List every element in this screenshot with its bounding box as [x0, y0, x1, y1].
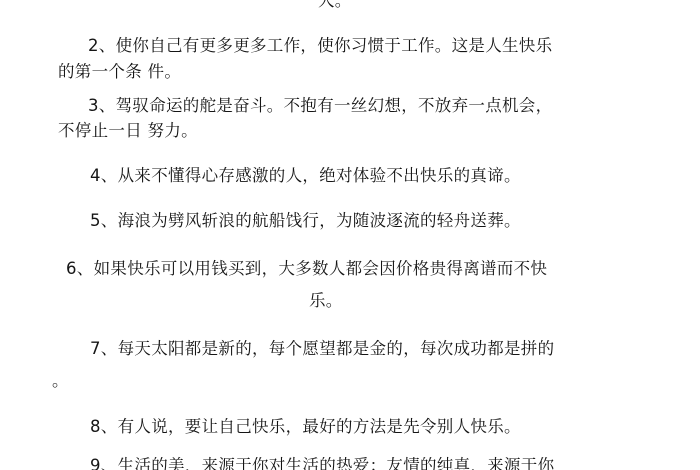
quote-item-6-continuation: 乐。 [309, 291, 343, 311]
document-page: 人。 2、使你自己有更多更多工作，使你习惯于工作。这是人生快乐 的第一个条 件。… [0, 0, 700, 470]
quote-item-3: 3、驾驭命运的舵是奋斗。不抱有一丝幻想，不放弃一点机会， [88, 96, 552, 116]
quote-item-2: 2、使你自己有更多更多工作，使你习惯于工作。这是人生快乐 [88, 36, 552, 56]
quote-item-5: 5、海浪为劈风斩浪的航船饯行，为随波逐流的轻舟送葬。 [90, 211, 521, 231]
quote-item-8: 8、有人说，要让自己快乐，最好的方法是先令别人快乐。 [90, 417, 521, 437]
quote-item-3-continuation: 不停止一日 努力。 [58, 121, 198, 141]
quote-item-2-continuation: 的第一个条 件。 [58, 62, 181, 82]
quote-item-6: 6、如果快乐可以用钱买到，大多数人都会因价格贵得离谱而不快 [66, 259, 547, 279]
quote-item-7-continuation: 。 [52, 371, 69, 391]
quote-item-7: 7、每天太阳都是新的，每个愿望都是金的，每次成功都是拼的 [90, 339, 554, 359]
continuation-line-item-1: 人。 [318, 0, 352, 11]
quote-item-4: 4、从来不懂得心存感激的人，绝对体验不出快乐的真谛。 [90, 166, 521, 186]
quote-item-9: 9、生活的美，来源于你对生活的热爱；友情的纯真，来源于你 [90, 456, 554, 470]
